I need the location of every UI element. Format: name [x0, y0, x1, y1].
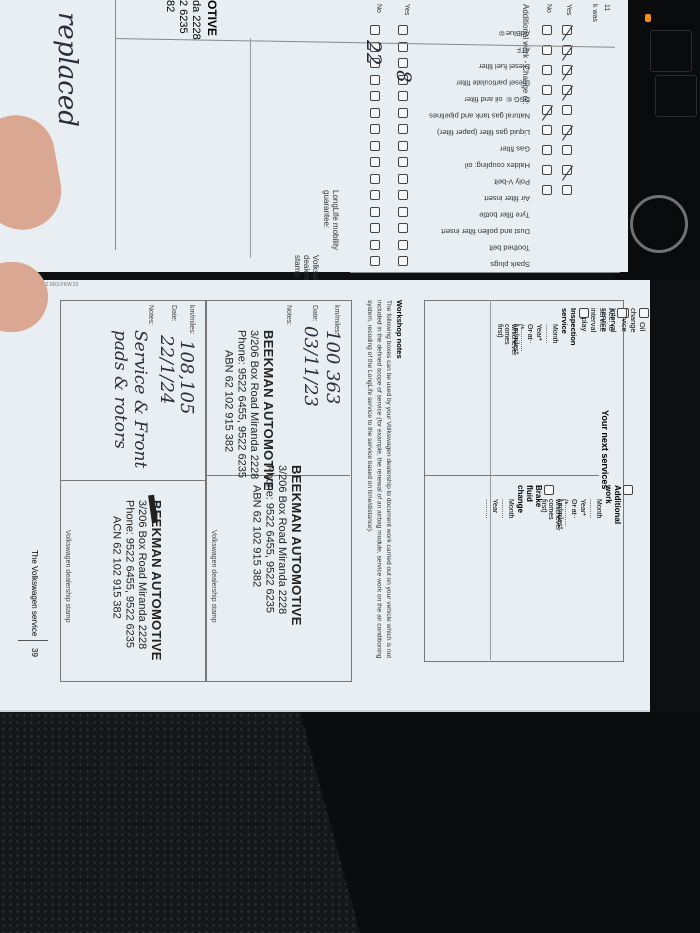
workshop-notes-text: The following boxes can be used by your … — [355, 300, 393, 660]
checkbox[interactable] — [623, 485, 633, 495]
next-services-divider — [424, 475, 599, 476]
option-label: Inspection service — [560, 308, 578, 346]
seat-heater-indicator — [645, 14, 651, 22]
brake-fluid-option[interactable]: Brake fluid change — [516, 485, 554, 513]
next-service-option[interactable]: Inspection service — [560, 308, 589, 346]
footer-title: The Volkswagen service — [30, 550, 39, 636]
workshop-notes-title: Workshop notes — [395, 300, 404, 359]
additional-work-option[interactable]: Additional work — [604, 485, 633, 524]
option-label: Brake fluid change — [516, 485, 543, 513]
checkbox[interactable] — [579, 308, 589, 318]
option-label: Additional work — [604, 485, 622, 524]
entry-2-date-value: 22/1/24 — [156, 335, 177, 404]
entry-2-dealer-stamp: BEEKMAN AUTOMOTIVE 3/206 Box Road Mirand… — [110, 500, 163, 661]
control-knob — [630, 195, 688, 253]
entry-2-notes-value: Service & Front pads & rotors — [110, 330, 150, 480]
entry-1-date-label: Date: — [311, 305, 318, 322]
seat-heater-button-right — [655, 75, 697, 117]
page-number: 39 — [30, 648, 39, 657]
entry-1-notes-label: Notes: — [285, 305, 292, 325]
entry-2-notes-label: Notes: — [147, 305, 154, 325]
entry-1-dealer-stamp-2: BEEKMAN AUTOMOTIVE 3/206 Box Road Mirand… — [250, 465, 303, 626]
booklet-page-39: Your next services Oil change serviceInt… — [0, 280, 650, 710]
car-seat-shadow — [300, 712, 700, 933]
entry-1-stamp-label: Volkswagen dealership stamp — [210, 530, 217, 623]
next-services-title: Your next services — [600, 410, 610, 489]
entry-2-date-label: Date: — [170, 305, 177, 322]
inspection-field: (* whichever comes first) — [496, 324, 524, 356]
handwritten-22: 22 — [362, 40, 386, 65]
longlife-label: LongLife mobility guarantee: — [322, 190, 340, 272]
partial-stamp-line3: 82 — [164, 0, 176, 12]
partial-stamp-name: OTIVE — [205, 0, 219, 36]
table-border — [350, 0, 620, 273]
entry-1-date-value: 03/11/23 — [300, 326, 321, 407]
inspection-field: Month .......... — [544, 324, 558, 343]
entry-2-stamp-label: Volkswagen dealership stamp — [64, 530, 71, 623]
handwritten-8: 8 — [392, 70, 416, 83]
brake-fluid-field: Month .......... — [500, 499, 514, 518]
entry-1-km-value: 100 363 — [322, 330, 343, 404]
next-services-col-divider — [490, 300, 491, 660]
longlife-box-line — [250, 38, 251, 258]
entry-2-km-value: 108,105 — [176, 340, 197, 414]
partial-stamp-line1: da 2228 — [190, 0, 202, 40]
seat-heater-button — [650, 30, 692, 72]
booklet-page-top: 11 k was Yes No Additional work - Change… — [0, 0, 628, 272]
brake-fluid-field: Year .......... — [484, 499, 498, 518]
additional-work-field: Month .......... — [588, 499, 602, 518]
checkbox[interactable] — [639, 308, 649, 318]
checkbox[interactable] — [617, 308, 627, 318]
entry-2-divider — [60, 480, 205, 481]
handwritten-replaced: replaced — [52, 12, 82, 127]
entry-2-km-label: km/miles: — [188, 305, 195, 335]
footer-rule — [18, 640, 48, 641]
checkbox[interactable] — [544, 485, 554, 495]
partial-stamp-line2: 2 6235 — [177, 0, 189, 34]
